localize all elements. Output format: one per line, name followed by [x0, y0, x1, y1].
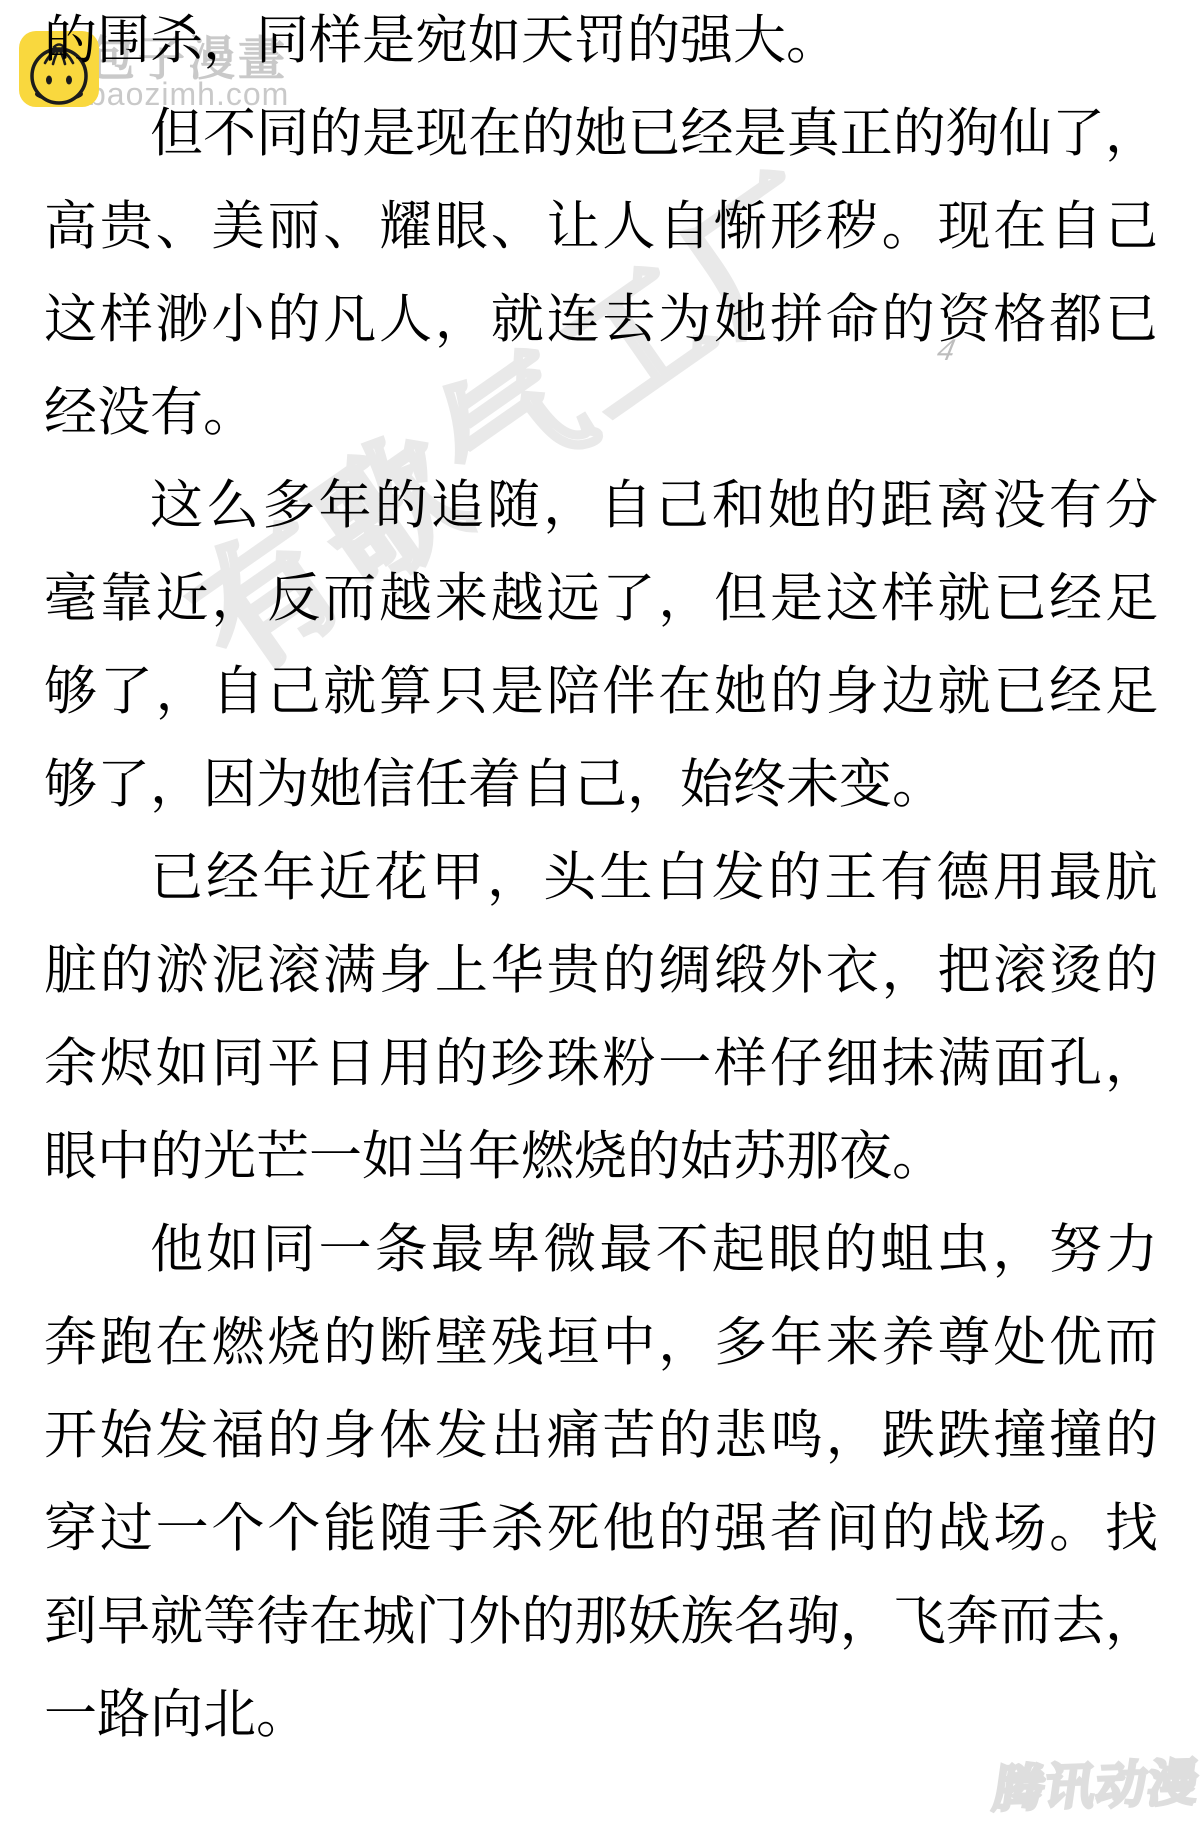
text-line: 到早就等待在城门外的那妖族名驹，飞奔而去， — [44, 1575, 1158, 1668]
text-line: 眼中的光芒一如当年燃烧的姑苏那夜。 — [44, 1110, 1158, 1203]
text-line: 经没有。 — [44, 366, 1158, 459]
text-line: 够了，因为她信任着自己，始终未变。 — [44, 738, 1158, 831]
comic-text-page: 有歌气工厂 4 腾讯动漫 包子漫畫 baozimh.com 的围杀，同样是宛如天… — [0, 0, 1200, 1826]
text-line: 高贵、美丽、耀眼、让人自惭形秽。现在自己 — [44, 180, 1158, 273]
text-line: 穿过一个个能随手杀死他的强者间的战场。找 — [44, 1482, 1158, 1575]
text-line: 一路向北。 — [44, 1668, 1158, 1761]
text-line: 已经年近花甲，头生白发的王有德用最肮 — [44, 831, 1158, 924]
text-line: 这样渺小的凡人，就连去为她拼命的资格都已 — [44, 273, 1158, 366]
text-line: 他如同一条最卑微最不起眼的蛆虫，努力 — [44, 1203, 1158, 1296]
text-line: 的围杀，同样是宛如天罚的强大。 — [44, 0, 1158, 87]
text-line: 够了，自己就算只是陪伴在她的身边就已经足 — [44, 645, 1158, 738]
text-line: 毫靠近，反而越来越远了，但是这样就已经足 — [44, 552, 1158, 645]
text-line: 开始发福的身体发出痛苦的悲鸣，跌跌撞撞的 — [44, 1389, 1158, 1482]
text-line: 脏的淤泥滚满身上华贵的绸缎外衣，把滚烫的 — [44, 924, 1158, 1017]
prose-text-block: 的围杀，同样是宛如天罚的强大。 但不同的是现在的她已经是真正的狗仙了， 高贵、美… — [44, 0, 1158, 1761]
text-line: 但不同的是现在的她已经是真正的狗仙了， — [44, 87, 1158, 180]
text-line: 这么多年的追随，自己和她的距离没有分 — [44, 459, 1158, 552]
text-line: 余烬如同平日用的珍珠粉一样仔细抹满面孔， — [44, 1017, 1158, 1110]
text-line: 奔跑在燃烧的断壁残垣中，多年来养尊处优而 — [44, 1296, 1158, 1389]
